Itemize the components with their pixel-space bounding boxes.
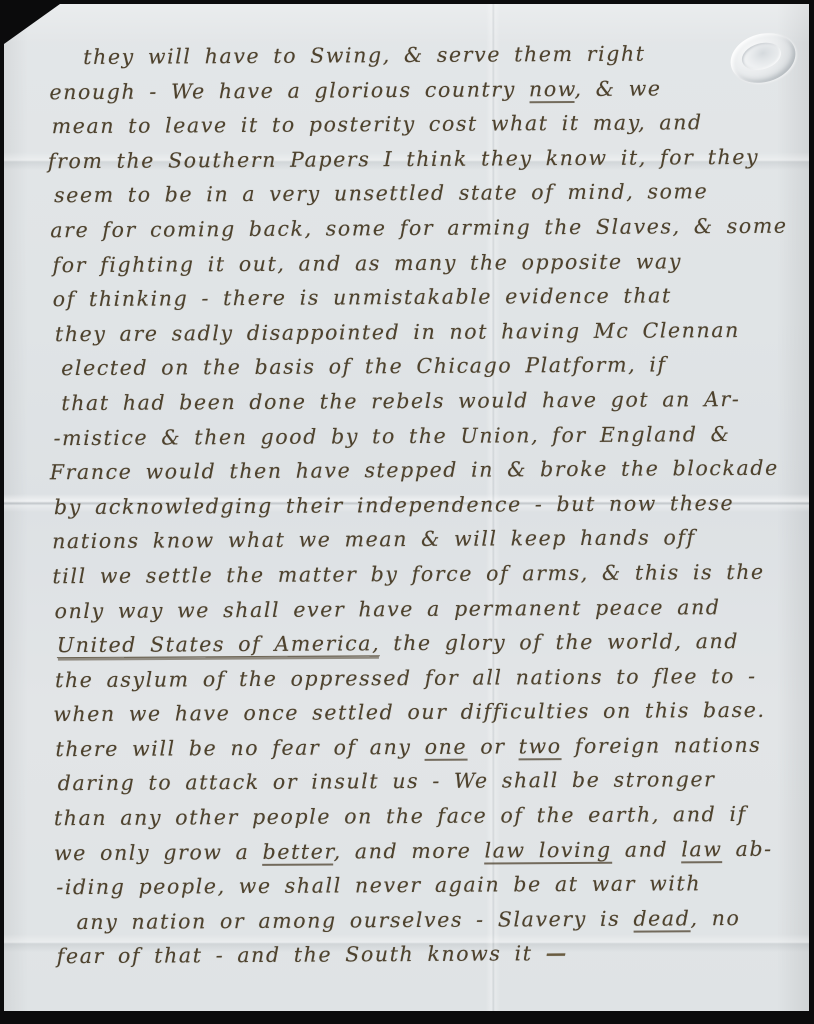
phrase: the glory of the world, and — [380, 629, 739, 655]
letter-line: any nation or among ourselves - Slavery … — [76, 900, 795, 939]
scan-background: { "page": { "background_color": "#0b0b0c… — [0, 0, 814, 1024]
phrase: till we settle the matter by force of ar… — [52, 560, 764, 588]
letter-line: are for coming back, some for arming the… — [50, 209, 791, 248]
letter-line: -iding people, we shall never again be a… — [56, 866, 795, 905]
phrase: , & we — [574, 76, 661, 101]
phrase: for fighting it out, and as many the opp… — [52, 249, 682, 277]
phrase: of thinking - there is unmistakable evid… — [53, 284, 672, 312]
phrase: only way we shall ever have a permanent … — [55, 595, 721, 623]
underlined-phrase: law — [681, 837, 722, 863]
phrase: any nation or among ourselves - Slavery … — [76, 906, 633, 933]
phrase: we only grow a — [54, 840, 263, 865]
phrase: elected on the basis of the Chicago Plat… — [61, 353, 667, 381]
letter-line: seem to be in a very unsettled state of … — [54, 174, 791, 213]
letter-line: they are sadly disappointed in not havin… — [55, 312, 792, 351]
phrase: they are sadly disappointed in not havin… — [55, 318, 740, 346]
phrase: foreign nations — [562, 733, 762, 758]
underlined-phrase: now — [529, 77, 575, 103]
letter-line: by acknowledging their independence - bu… — [54, 485, 793, 524]
letter-line: daring to attack or insult us - We shall… — [58, 762, 795, 801]
phrase: France would then have stepped in & brok… — [50, 456, 779, 484]
letter-line: they will have to Swing, & serve them ri… — [83, 36, 790, 75]
phrase: daring to attack or insult us - We shall… — [58, 768, 716, 796]
phrase: enough - We have a glorious country — [49, 77, 529, 104]
phrase: or — [467, 734, 519, 758]
phrase: nations know what we mean & will keep ha… — [52, 526, 696, 554]
letter-line: from the Southern Papers I think they kn… — [48, 139, 791, 178]
letter-line: of thinking - there is unmistakable evid… — [53, 278, 792, 317]
phrase: by acknowledging their independence - bu… — [54, 491, 734, 519]
phrase: the asylum of the oppressed for all nati… — [55, 664, 757, 692]
letter-line: when we have once settled our difficulti… — [53, 693, 794, 732]
underlined-phrase: one — [425, 735, 468, 761]
letter-line: elected on the basis of the Chicago Plat… — [61, 347, 792, 386]
phrase: and — [612, 837, 682, 861]
phrase: seem to be in a very unsettled state of … — [54, 180, 708, 208]
letter-line: enough - We have a glorious country now,… — [49, 70, 790, 109]
letter-line: United States of America, the glory of t… — [57, 624, 794, 663]
letter-line: that had been done the rebels would have… — [61, 382, 792, 421]
letter-line: the asylum of the oppressed for all nati… — [55, 658, 794, 697]
letter-line: there will be no fear of any one or two … — [55, 728, 794, 767]
phrase: they will have to Swing, & serve them ri… — [83, 42, 645, 69]
letter-line: mean to leave it to posterity cost what … — [52, 105, 791, 144]
phrase: that had been done the rebels would have… — [61, 387, 740, 415]
phrase: fear of that - and the South knows it — [57, 942, 546, 969]
phrase: ab- — [722, 836, 772, 860]
letter-line: than any other people on the face of the… — [54, 797, 795, 836]
letter-line: France would then have stepped in & brok… — [50, 451, 793, 490]
letter-line: till we settle the matter by force of ar… — [52, 555, 793, 594]
phrase: are for coming back, some for arming the… — [50, 214, 787, 243]
underlined-phrase: better — [263, 839, 334, 865]
letter-line: for fighting it out, and as many the opp… — [52, 243, 791, 282]
phrase: from the Southern Papers I think they kn… — [48, 145, 759, 173]
underlined-phrase: two — [519, 734, 562, 760]
phrase: , and more — [334, 838, 485, 863]
underlined-phrase: law loving — [484, 837, 611, 864]
letter-page: they will have to Swing, & serve them ri… — [4, 4, 809, 1011]
phrase: mean to leave it to posterity cost what … — [52, 110, 703, 138]
letter-line: we only grow a better, and more law lovi… — [54, 831, 795, 870]
letter-body: they will have to Swing, & serve them ri… — [25, 36, 796, 975]
letter-line: fear of that - and the South knows it — — [57, 935, 796, 974]
phrase: , no — [690, 906, 740, 930]
phrase: when we have once settled our difficulti… — [53, 698, 765, 726]
letter-line: -mistice & then good by to the Union, fo… — [53, 416, 792, 455]
phrase: -iding people, we shall never again be a… — [56, 871, 701, 899]
phrase: -mistice & then good by to the Union, fo… — [54, 422, 731, 450]
phrase: than any other people on the face of the… — [54, 802, 747, 830]
phrase: there will be no fear of any — [55, 735, 424, 761]
phrase: — — [546, 941, 567, 965]
underlined-phrase: dead — [633, 906, 690, 932]
letter-line: nations know what we mean & will keep ha… — [52, 520, 793, 559]
letter-line: only way we shall ever have a permanent … — [55, 589, 794, 628]
underlined-phrase: United States of America, — [57, 631, 381, 658]
